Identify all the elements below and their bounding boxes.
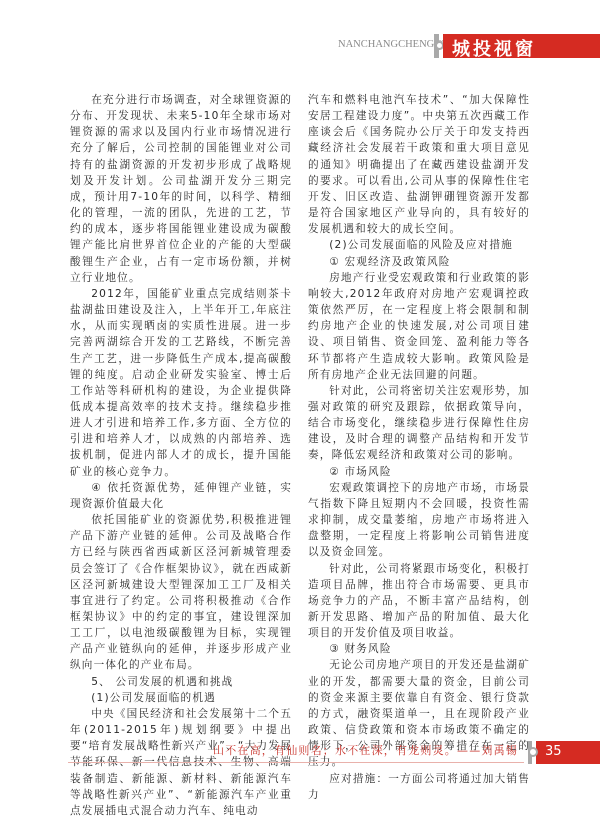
subheading: ① 宏观经济及政策风险: [308, 254, 530, 270]
subheading: ④ 依托资源优势，延伸锂产业链，实现资源价值最大化: [70, 480, 292, 512]
subheading: ③ 财务风险: [308, 641, 530, 657]
right-column: 汽车和燃料电池汽车技术”、“加大保障性安居工程建设力度”。中央第五次西藏工作座谈…: [308, 92, 530, 803]
paragraph: 针对此，公司将紧跟市场变化，积极打造项目品牌，推出符合市场需要、更具市场竞争力的…: [308, 561, 530, 642]
section-heading: 5、 公司发展的机遇和挑战: [70, 674, 292, 690]
paragraph: 宏观政策调控下的房地产市场，市场景气指数下降且短期内不会回暖，投资性需求抑制，成…: [308, 480, 530, 561]
subheading: (1)公司发展面临的机遇: [70, 690, 292, 706]
section-title: 城投视窗: [452, 35, 536, 61]
paragraph: 针对此，公司将密切关注宏观形势，加强对政策的研究及跟踪，依据政策导向，结合市场变…: [308, 383, 530, 464]
page-number: 35: [545, 744, 562, 759]
paragraph: 汽车和燃料电池汽车技术”、“加大保障性安居工程建设力度”。中央第五次西藏工作座谈…: [308, 92, 530, 237]
paragraph: 应对措施：一方面公司将通过加大销售力: [308, 771, 530, 803]
subheading: (2)公司发展面临的风险及应对措施: [308, 237, 530, 253]
footer-rule: [68, 762, 524, 763]
footer-circle-icon: [528, 747, 538, 757]
paragraph: 2012年，国能矿业重点完成结则茶卡盐湖盐田建设及注入，上半年开工,年底注水，从…: [70, 286, 292, 480]
paragraph: 依托国能矿业的资源优势,积极推进锂产品下游产业链的延伸。公司及战略合作方已经与陕…: [70, 512, 292, 674]
left-column: 在充分进行市场调查，对全球锂资源的分布、开发现状、未来5-10年全球市场对锂资源…: [70, 92, 292, 819]
subheading: ② 市场风险: [308, 464, 530, 480]
footer-quote: 山不在高，有仙则名；水不在深，有龙则灵。——刘禹锡: [213, 742, 518, 758]
page-footer: 山不在高，有仙则名；水不在深，有龙则灵。——刘禹锡 35: [0, 735, 600, 765]
paragraph: 在充分进行市场调查，对全球锂资源的分布、开发现状、未来5-10年全球市场对锂资源…: [70, 92, 292, 286]
page-header: NANCHANGCHENGTOU 城投视窗: [0, 34, 600, 58]
paragraph: 房地产行业受宏观政策和行业政策的影响较大,2012年政府对房地产宏观调控政策依然…: [308, 270, 530, 383]
